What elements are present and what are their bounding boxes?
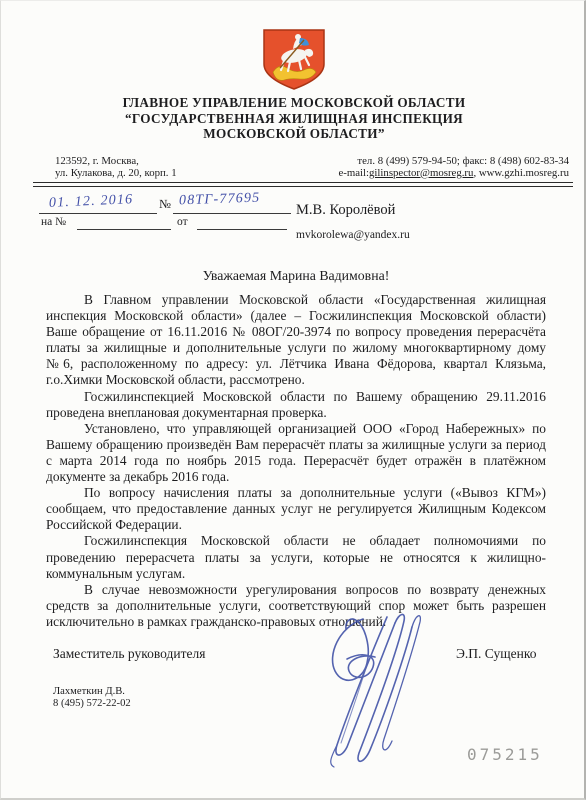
reply-date-blank-line [197, 228, 287, 230]
email-prefix: e-mail: [338, 167, 369, 179]
registration-stamp-number: 075215 [467, 745, 543, 764]
recipient-name: М.В. Королёвой [296, 202, 395, 219]
date-underline [39, 212, 157, 214]
paragraph-6: В случае невозможности урегулирования во… [46, 582, 546, 630]
letterhead-divider-rule [33, 182, 573, 187]
letter-body: В Главном управлении Московской области … [46, 292, 546, 630]
paragraph-3: Установлено, что управляющей организацие… [46, 421, 546, 485]
paragraph-5: Госжилинспекция Московской области не об… [46, 533, 546, 581]
moscow-oblast-coat-of-arms-icon [260, 28, 328, 92]
letterhead-contacts: тел. 8 (499) 579-94-50; факс: 8 (498) 60… [338, 156, 569, 179]
number-underline [173, 212, 291, 214]
letterhead-postal-address: 123592, г. Москва, ул. Кулакова, д. 20, … [55, 156, 177, 179]
paragraph-2: Госжилинспекцией Московской области по В… [46, 389, 546, 421]
letterhead-org-name: ГЛАВНОЕ УПРАВЛЕНИЕ МОСКОВСКОЙ ОБЛАСТИ “Г… [1, 95, 586, 142]
number-sign-label: № [159, 197, 171, 212]
reply-from-date-label: от [177, 216, 188, 228]
address-line2: ул. Кулакова, д. 20, корп. 1 [55, 168, 177, 180]
executor-phone: 8 (495) 572-22-02 [53, 698, 131, 710]
salutation: Уважаемая Марина Вадимовна! [46, 268, 546, 284]
email-link: gilinspector@mosreg.ru [369, 167, 473, 179]
recipient-email: mvkorolewa@yandex.ru [296, 229, 410, 241]
website-text: , www.gzhi.mosreg.ru [473, 167, 569, 179]
handwritten-outgoing-number: 08ТГ-77695 [179, 191, 261, 210]
reply-to-number-label: на № [41, 216, 66, 228]
executor-contact-block: Лахметкин Д.В. 8 (495) 572-22-02 [53, 686, 131, 711]
handwritten-signature [303, 605, 449, 769]
email-web-line: e-mail:gilinspector@mosreg.ru, www.gzhi.… [338, 168, 569, 180]
paragraph-4: По вопросу начисления платы за дополните… [46, 485, 546, 533]
signer-name: Э.П. Сущенко [456, 646, 536, 662]
reply-number-blank-line [77, 228, 171, 230]
executor-name: Лахметкин Д.В. [53, 686, 131, 698]
signer-position-title: Заместитель руководителя [53, 646, 205, 662]
handwritten-outgoing-date: 01. 12. 2016 [49, 192, 134, 212]
org-name-line1: ГЛАВНОЕ УПРАВЛЕНИЕ МОСКОВСКОЙ ОБЛАСТИ [1, 95, 586, 111]
paragraph-1: В Главном управлении Московской области … [46, 292, 546, 389]
org-name-line2: “ГОСУДАРСТВЕННАЯ ЖИЛИЩНАЯ ИНСПЕКЦИЯ [1, 111, 586, 127]
scanned-letter-page: ГЛАВНОЕ УПРАВЛЕНИЕ МОСКОВСКОЙ ОБЛАСТИ “Г… [0, 0, 586, 800]
org-name-line3: МОСКОВСКОЙ ОБЛАСТИ” [1, 126, 586, 142]
address-line1: 123592, г. Москва, [55, 156, 177, 168]
